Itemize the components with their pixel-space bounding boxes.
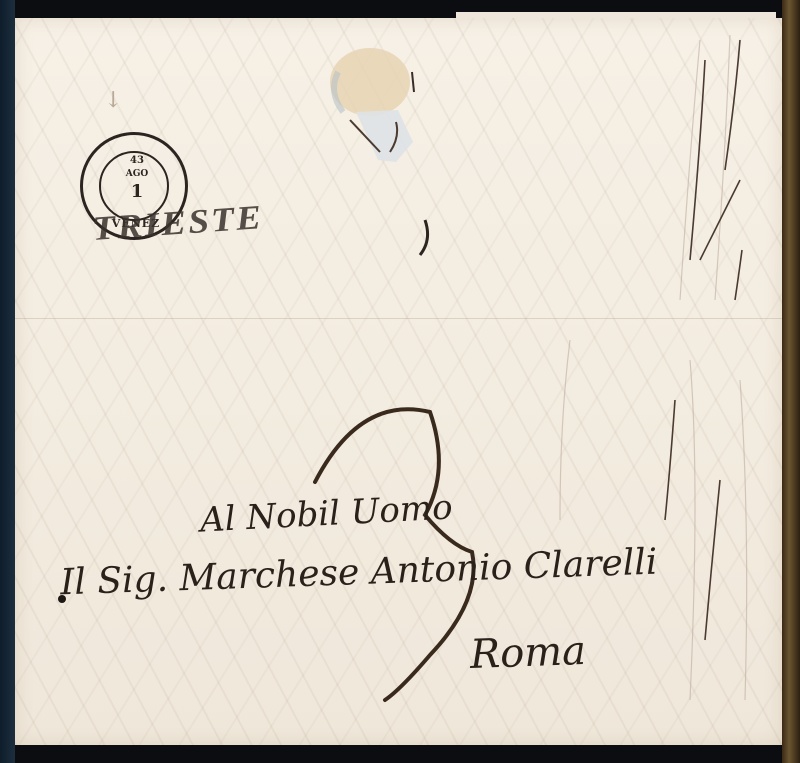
ink-strokes (0, 0, 800, 763)
address-line-3: Roma (469, 628, 587, 678)
